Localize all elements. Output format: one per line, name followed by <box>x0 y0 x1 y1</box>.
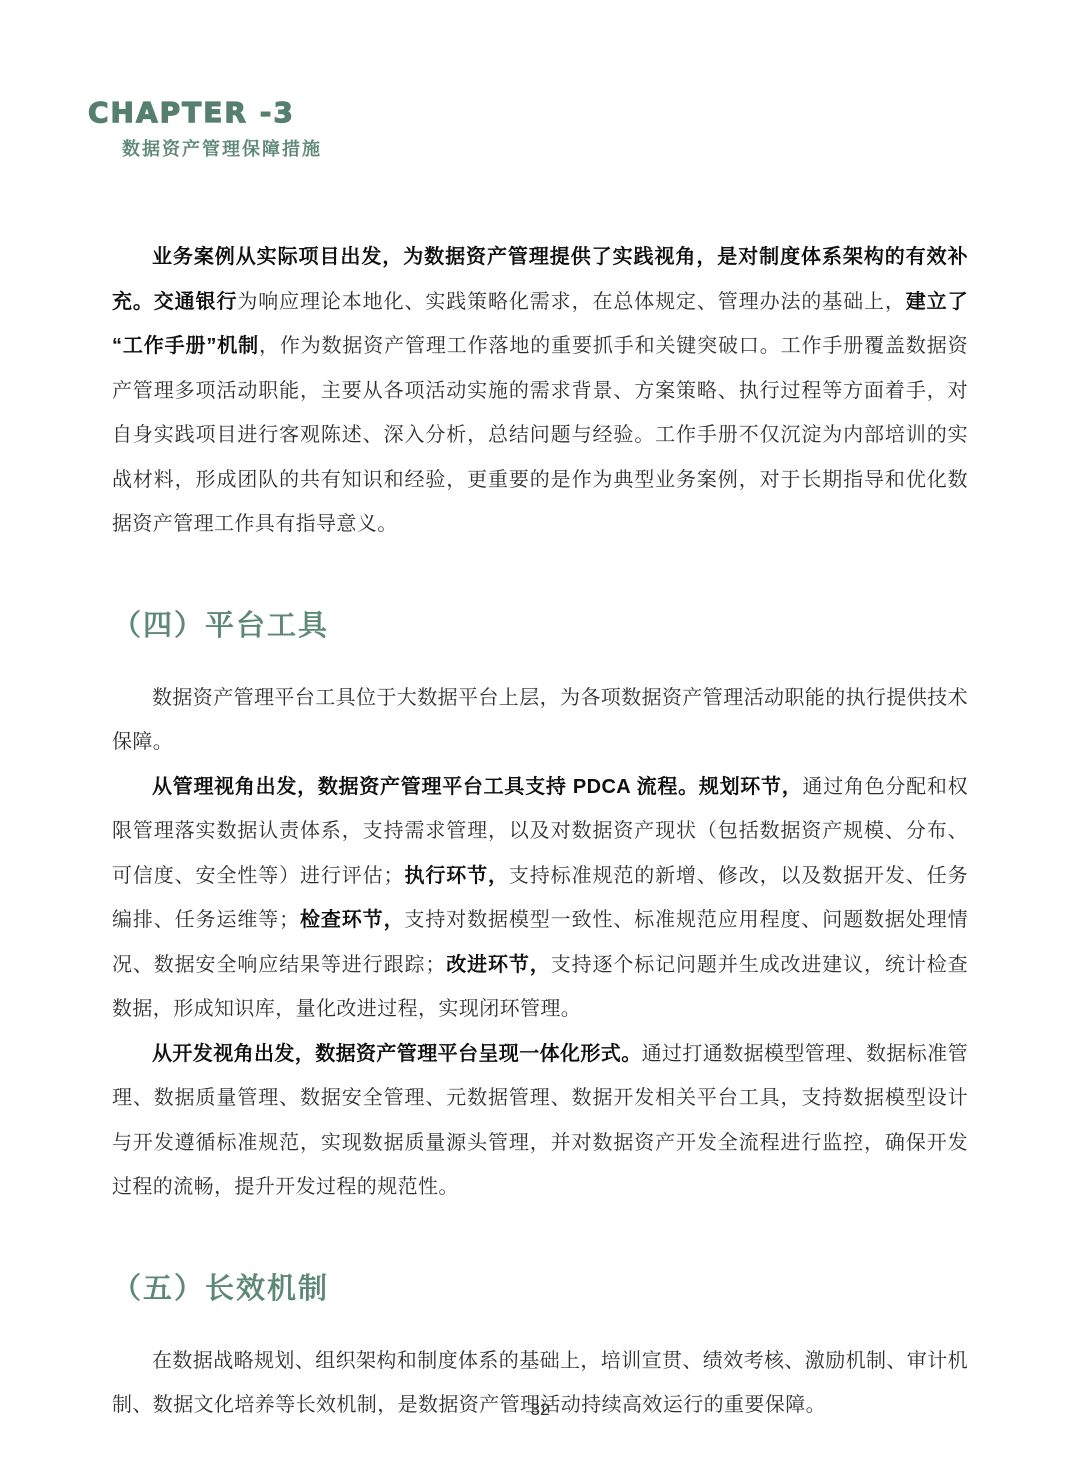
text-segment-bold: 从开发视角出发，数据资产管理平台呈现一体化形式。 <box>152 1043 642 1065</box>
text-segment-bold: 执行环节， <box>404 865 509 887</box>
page-footer: 32 <box>0 1400 1080 1420</box>
text-segment-bold: 从管理视角出发，数据资产管理平台工具支持 PDCA 流程。规划环节， <box>152 776 803 798</box>
page-number: 32 <box>531 1400 550 1419</box>
intro-paragraph: 业务案例从实际项目出发，为数据资产管理提供了实践视角，是对制度体系架构的有效补充… <box>112 235 968 547</box>
document-body: 业务案例从实际项目出发，为数据资产管理提供了实践视角，是对制度体系架构的有效补充… <box>0 161 1080 1428</box>
section4-paragraph-2: 从管理视角出发，数据资产管理平台工具支持 PDCA 流程。规划环节，通过角色分配… <box>112 765 968 1032</box>
section4-paragraph-3: 从开发视角出发，数据资产管理平台呈现一体化形式。通过打通数据模型管理、数据标准管… <box>112 1032 968 1210</box>
text-segment-bold: 改进环节， <box>446 954 551 976</box>
text-segment-bold: 检查环节， <box>300 909 405 931</box>
section4-heading: （四）平台工具 <box>112 603 968 644</box>
text-segment-bold: 交通银行 <box>154 291 238 313</box>
section5-heading: （五）长效机制 <box>112 1266 968 1307</box>
chapter-header: CHAPTER -3 数据资产管理保障措施 <box>0 0 1080 161</box>
text-segment: ，作为数据资产管理工作落地的重要抓手和关键突破口。工作手册覆盖数据资产管理多项活… <box>112 335 968 535</box>
text-segment: 通过打通数据模型管理、数据标准管理、数据质量管理、数据安全管理、元数据管理、数据… <box>112 1043 968 1199</box>
chapter-subtitle: 数据资产管理保障措施 <box>122 135 1080 161</box>
section4-paragraph-1: 数据资产管理平台工具位于大数据平台上层，为各项数据资产管理活动职能的执行提供技术… <box>112 676 968 765</box>
chapter-label: CHAPTER -3 <box>88 96 1080 129</box>
text-segment: 为响应理论本地化、实践策略化需求，在总体规定、管理办法的基础上， <box>237 291 905 313</box>
text-segment: 数据资产管理平台工具位于大数据平台上层，为各项数据资产管理活动职能的执行提供技术… <box>112 687 968 754</box>
